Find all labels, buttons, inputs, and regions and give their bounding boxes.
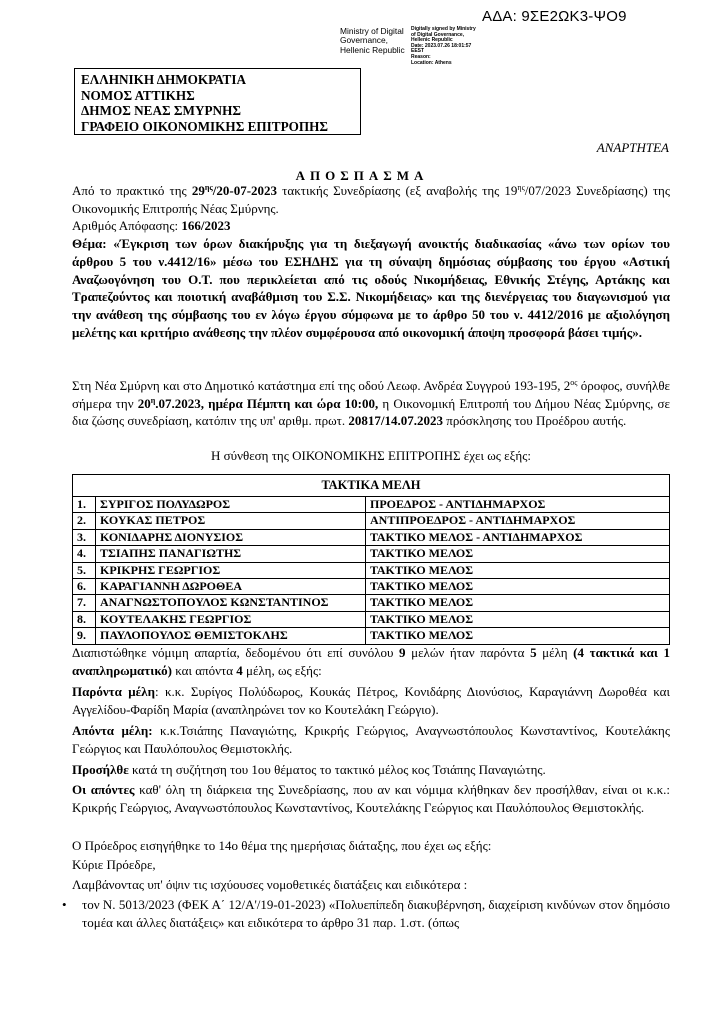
signature-org-line: Hellenic Republic xyxy=(340,46,405,55)
issuer-line: ΓΡΑΦΕΙΟ ΟΙΚΟΝΟΜΙΚΗΣ ΕΠΙΤΡΟΠΗΣ xyxy=(81,119,354,135)
table-row: 1. ΣΥΡΙΓΟΣ ΠΟΛΥΔΩΡΟΣ ΠΡΟΕΔΡΟΣ - ΑΝΤΙΔΗΜΑ… xyxy=(73,497,670,513)
issuer-line: ΕΛΛΗΝΙΚΗ ΔΗΜΟΚΡΑΤΙΑ xyxy=(81,72,354,88)
present-members-paragraph: Παρόντα μέλη: κ.κ. Συρίγος Πολύδωρος, Κο… xyxy=(72,683,670,718)
members-table: ΤΑΚΤΙΚΑ ΜΕΛΗ 1. ΣΥΡΙΓΟΣ ΠΟΛΥΔΩΡΟΣ ΠΡΟΕΔΡ… xyxy=(72,474,670,645)
composition-heading: Η σύνθεση της ΟΙΚΟΝΟΜΙΚΗΣ ΕΠΙΤΡΟΠΗΣ έχει… xyxy=(72,447,670,465)
signature-details: Digitally signed by Ministry of Digital … xyxy=(411,27,486,66)
table-row: 8. ΚΟΥΤΕΛΑΚΗΣ ΓΕΩΡΓΙΟΣ ΤΑΚΤΙΚΟ ΜΕΛΟΣ xyxy=(73,611,670,627)
table-row: 3. ΚΟΝΙΔΑΡΗΣ ΔΙΟΝΥΣΙΟΣ ΤΑΚΤΙΚΟ ΜΕΛΟΣ - Α… xyxy=(73,529,670,545)
posting-label: ΑΝΑΡΤΗΤΕΑ xyxy=(597,140,669,156)
table-row: 6. ΚΑΡΑΓΙΑΝΝΗ ΔΩΡΟΘΕΑ ΤΑΚΤΙΚΟ ΜΕΛΟΣ xyxy=(73,579,670,595)
signature-detail-line: Location: Athens xyxy=(411,61,486,67)
decision-number: 166/2023 xyxy=(181,218,230,233)
subject-paragraph: Θέμα: «Έγκριση των όρων διακήρυξης για τ… xyxy=(72,235,670,342)
members-table-header: ΤΑΚΤΙΚΑ ΜΕΛΗ xyxy=(73,475,670,497)
salutation-line: Κύριε Πρόεδρε, xyxy=(72,856,670,874)
issuer-line: ΔΗΜΟΣ ΝΕΑΣ ΣΜΥΡΝΗΣ xyxy=(81,103,354,119)
meeting-paragraph: Στη Νέα Σμύρνη και στο Δημοτικό κατάστημ… xyxy=(72,377,670,430)
table-row: 7. ΑΝΑΓΝΩΣΤΟΠΟΥΛΟΣ ΚΩΝΣΤΑΝΤΙΝΟΣ ΤΑΚΤΙΚΟ … xyxy=(73,595,670,611)
table-row: 2. ΚΟΥΚΑΣ ΠΕΤΡΟΣ ΑΝΤΙΠΡΟΕΔΡΟΣ - ΑΝΤΙΔΗΜΑ… xyxy=(73,513,670,529)
ada-code: ΑΔΑ: 9ΣΕ2ΩΚ3-ΨΟ9 xyxy=(482,8,627,25)
intro-paragraph: Από το πρακτικό της 29ης/20-07-2023 τακτ… xyxy=(72,182,670,217)
signature-organization: Ministry of Digital Governance, Hellenic… xyxy=(340,27,405,55)
decision-number-line: Αριθμός Απόφασης: 166/2023 xyxy=(72,217,670,235)
bullet-icon: • xyxy=(72,896,82,914)
quorum-paragraph: Διαπιστώθηκε νόμιμη απαρτία, δεδομένου ό… xyxy=(72,644,670,679)
meeting-date: 20η.07.2023, ημέρα Πέμπτη και ώρα 10:00, xyxy=(138,396,379,411)
table-row: 5. ΚΡΙΚΡΗΣ ΓΕΩΡΓΙΟΣ ΤΑΚΤΙΚΟ ΜΕΛΟΣ xyxy=(73,562,670,578)
table-row: 9. ΠΑΥΛΟΠΟΥΛΟΣ ΘΕΜΙΣΤΟΚΛΗΣ ΤΑΚΤΙΚΟ ΜΕΛΟΣ xyxy=(73,628,670,644)
agenda-line: Ο Πρόεδρος εισηγήθηκε το 14ο θέμα της ημ… xyxy=(72,837,670,855)
issuer-header-box: ΕΛΛΗΝΙΚΗ ΔΗΜΟΚΡΑΤΙΑ ΝΟΜΟΣ ΑΤΤΙΚΗΣ ΔΗΜΟΣ … xyxy=(74,68,361,135)
session-number: 29ης/20-07-2023 xyxy=(192,183,277,198)
absentees-paragraph: Οι απόντες καθ' όλη τη διάρκεια της Συνε… xyxy=(72,781,670,816)
considering-line: Λαμβάνοντας υπ' όψιν τις ισχύουσες νομοθ… xyxy=(72,876,670,894)
table-row: 4. ΤΣΙΑΠΗΣ ΠΑΝΑΓΙΩΤΗΣ ΤΑΚΤΙΚΟ ΜΕΛΟΣ xyxy=(73,546,670,562)
bullet-item: •τον Ν. 5013/2023 (ΦΕΚ Α΄ 12/Α'/19-01-20… xyxy=(72,896,670,931)
issuer-line: ΝΟΜΟΣ ΑΤΤΙΚΗΣ xyxy=(81,88,354,104)
invitation-reference: 20817/14.07.2023 xyxy=(348,413,443,428)
absent-members-paragraph: Απόντα μέλη: κ.κ.Τσιάπης Παναγιώτης, Κρι… xyxy=(72,722,670,757)
arrived-paragraph: Προσήλθε κατά τη συζήτηση του 1ου θέματο… xyxy=(72,761,670,779)
